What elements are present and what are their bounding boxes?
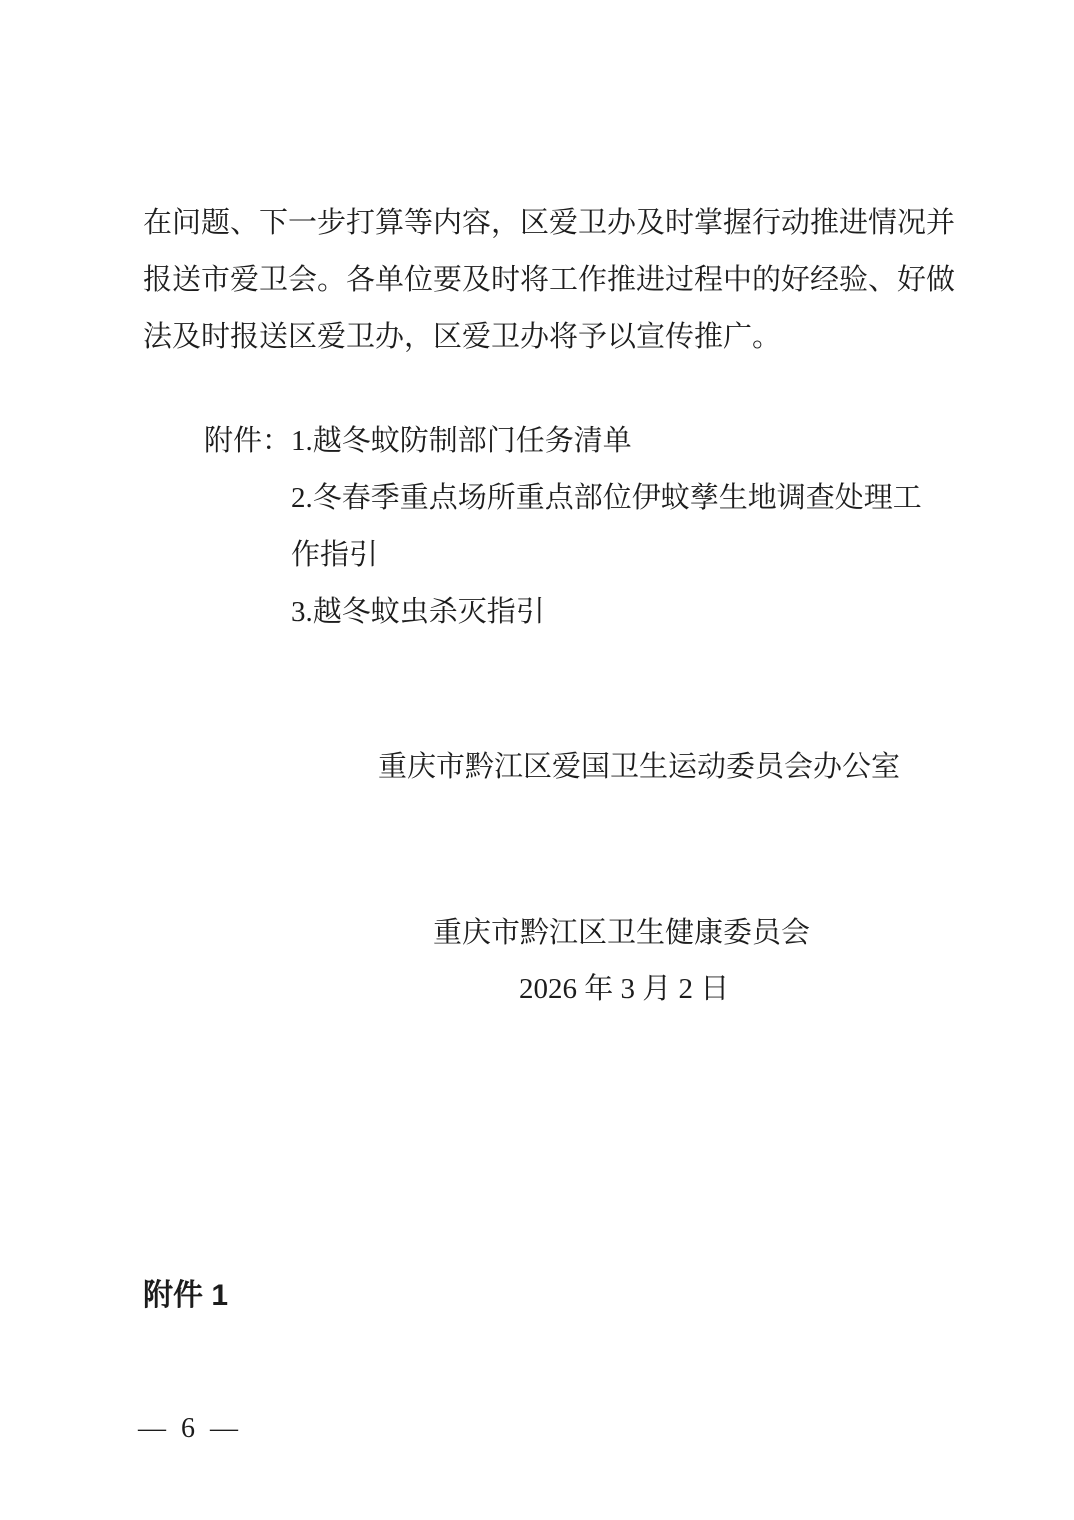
body-text-line-2: 报送市爱卫会。各单位要及时将工作推进过程中的好经验、好做 <box>143 263 959 297</box>
signature-date: 2026 年 3 月 2 日 <box>519 972 729 1006</box>
signature-patriotic-health-office: 重庆市黔江区爱国卫生运动委员会办公室 <box>378 750 900 784</box>
signature-health-commission: 重庆市黔江区卫生健康委员会 <box>433 916 810 950</box>
attachment-item-3: 3.越冬蚊虫杀灭指引 <box>291 595 545 629</box>
attachments-row-1: 附件：1.越冬蚊防制部门任务清单 <box>204 424 632 458</box>
body-text-line-1: 在问题、下一步打算等内容，区爱卫办及时掌握行动推进情况并 <box>143 206 959 240</box>
body-text-line-3: 法及时报送区爱卫办，区爱卫办将予以宣传推广。 <box>143 320 959 354</box>
attachment-item-1: 1.越冬蚊防制部门任务清单 <box>291 425 632 457</box>
attachment-1-section-marker: 附件 1 <box>143 1279 228 1313</box>
attachment-item-2-line-2: 作指引 <box>291 538 378 572</box>
attachments-label: 附件： <box>204 425 291 457</box>
document-page: 在问题、下一步打算等内容，区爱卫办及时掌握行动推进情况并 报送市爱卫会。各单位要… <box>0 0 1074 1520</box>
page-number: — 6 — <box>138 1412 242 1446</box>
attachment-item-2-line-1: 2.冬春季重点场所重点部位伊蚊孳生地调查处理工 <box>291 481 922 515</box>
